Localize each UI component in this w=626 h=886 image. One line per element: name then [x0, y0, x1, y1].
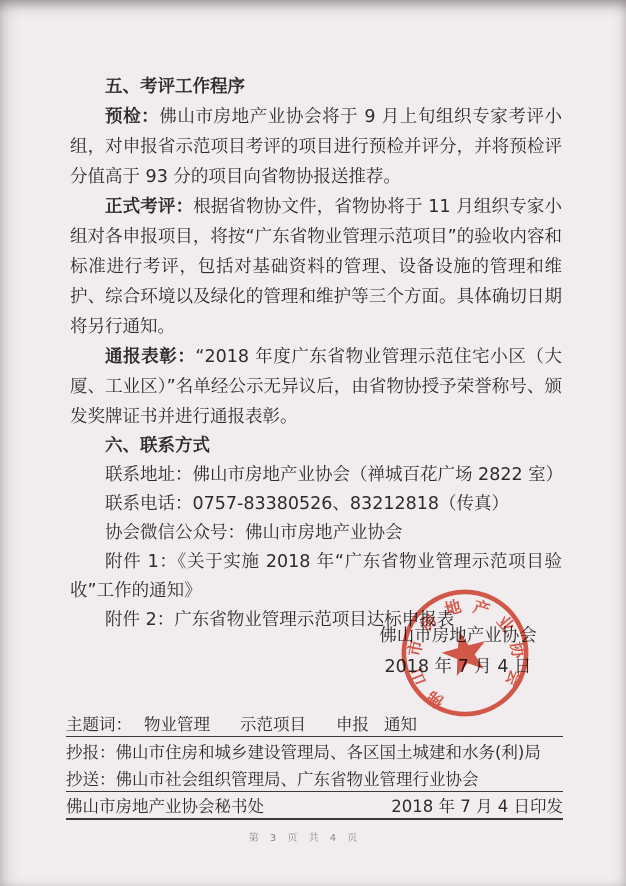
issue-date: 2018 年 7 月 4 日印发	[391, 793, 563, 817]
copy-report-row: 抄报：佛山市住房和城乡建设管理局、各区国土城建和水务(利)局	[66, 737, 563, 764]
contact-address-line: 联系地址：佛山市房地产业协会（禅城百花广场 2822 室）	[70, 461, 562, 490]
paragraph-precheck: 预检：佛山市房地产业协会将于 9 月上旬组织专家考评小组，对申报省示范项目考评的…	[70, 102, 562, 192]
red-official-seal: 佛山市房地产业协会	[388, 576, 542, 730]
issuer-row: 佛山市房地产业协会秘书处 2018 年 7 月 4 日印发	[66, 792, 563, 820]
svg-text:地: 地	[443, 597, 464, 620]
svg-text:产: 产	[471, 597, 493, 620]
issuer-name: 佛山市房地产业协会秘书处	[66, 793, 264, 817]
section5-heading: 五、考评工作程序	[70, 72, 562, 102]
keyword-item: 物业管理	[144, 711, 210, 735]
keywords-row: 主题词： 物业管理 示范项目 申报 通知	[66, 709, 563, 737]
svg-text:市: 市	[405, 638, 427, 658]
page-number: 第 3 页 共 4 页	[0, 829, 610, 844]
keywords-label: 主题词：	[66, 711, 132, 735]
contact-phone-line: 联系电话：0757-83380526、83212818（传真）	[70, 490, 562, 519]
keyword-item: 示范项目	[240, 711, 306, 735]
section6-heading: 六、联系方式	[70, 432, 562, 461]
document-body: 五、考评工作程序 预检：佛山市房地产业协会将于 9 月上旬组织专家考评小组，对申…	[70, 72, 562, 635]
paragraph-commendation-lead: 通报表彰：	[105, 347, 195, 367]
seal-star-icon	[437, 625, 491, 678]
paragraph-formal-evaluation: 正式考评：根据省物协文件，省物协将于 11 月组织专家小组对各申报项目，将按“广…	[70, 192, 562, 342]
paragraph-precheck-lead: 预检：	[105, 107, 159, 127]
keyword-item: 申报	[336, 711, 369, 735]
keyword-item: 通知	[384, 711, 417, 735]
footer-distribution-table: 主题词： 物业管理 示范项目 申报 通知 抄报：佛山市住房和城乡建设管理局、各区…	[66, 709, 563, 820]
paragraph-commendation: 通报表彰：“2018 年度广东省物业管理示范住宅小区（大厦、工业区）”名单经公示…	[70, 342, 562, 432]
scanned-document-page: 五、考评工作程序 预检：佛山市房地产业协会将于 9 月上旬组织专家考评小组，对申…	[0, 0, 626, 886]
copy-send-row: 抄送：佛山市社会组织管理局、广东省物业管理行业协会	[66, 764, 563, 792]
paragraph-formal-evaluation-lead: 正式考评：	[105, 197, 193, 217]
section-evaluation-procedure: 五、考评工作程序 预检：佛山市房地产业协会将于 9 月上旬组织专家考评小组，对申…	[70, 72, 562, 432]
contact-wechat-line: 协会微信公众号：佛山市房地产业协会	[70, 519, 562, 548]
svg-text:山: 山	[406, 665, 430, 687]
paragraph-formal-evaluation-body: 根据省物协文件，省物协将于 11 月组织专家小组对各申报项目，将按“广东省物业管…	[70, 197, 562, 337]
